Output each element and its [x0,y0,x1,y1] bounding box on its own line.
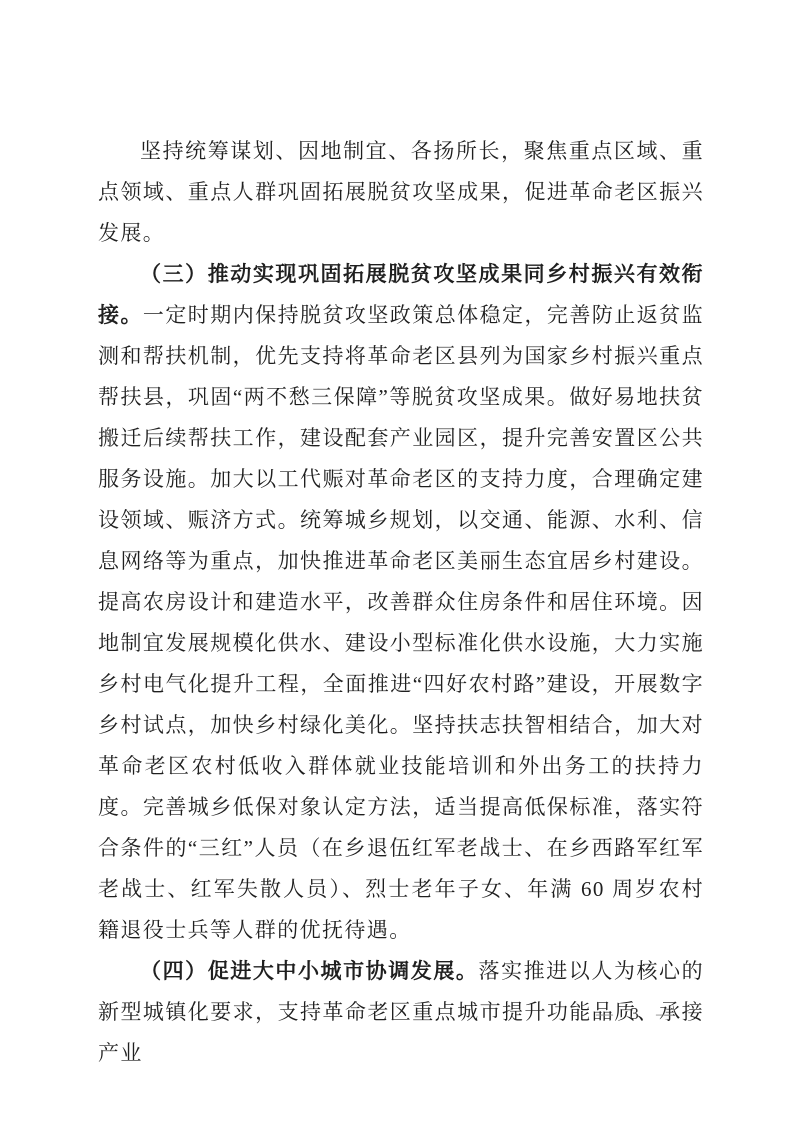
paragraph: 坚持统筹谋划、因地制宜、各扬所长，聚焦重点区域、重点领域、重点人群巩固拓展脱贫攻… [98,131,704,254]
page-number: — 3 — [594,1004,676,1024]
page-number-dash-left: — [594,1004,616,1023]
paragraph: （三）推动实现巩固拓展脱贫攻坚成果同乡村振兴有效衔接。一定时期内保持脱贫攻坚政策… [98,254,704,951]
document-page: 坚持统筹谋划、因地制宜、各扬所长，聚焦重点区域、重点领域、重点人群巩固拓展脱贫攻… [0,0,800,1132]
paragraph-text: 一定时期内保持脱贫攻坚政策总体稳定，完善防止返贫监测和帮扶机制，优先支持将革命老… [98,303,704,942]
section-heading-text: （四）促进大中小城市协调发展。 [140,959,479,983]
page-number-value: 3 [621,1004,649,1023]
document-body: 坚持统筹谋划、因地制宜、各扬所长，聚焦重点区域、重点领域、重点人群巩固拓展脱贫攻… [98,131,704,1074]
page-number-dash-right: — [654,1004,676,1023]
paragraph-text: 坚持统筹谋划、因地制宜、各扬所长，聚焦重点区域、重点领域、重点人群巩固拓展脱贫攻… [98,139,704,245]
